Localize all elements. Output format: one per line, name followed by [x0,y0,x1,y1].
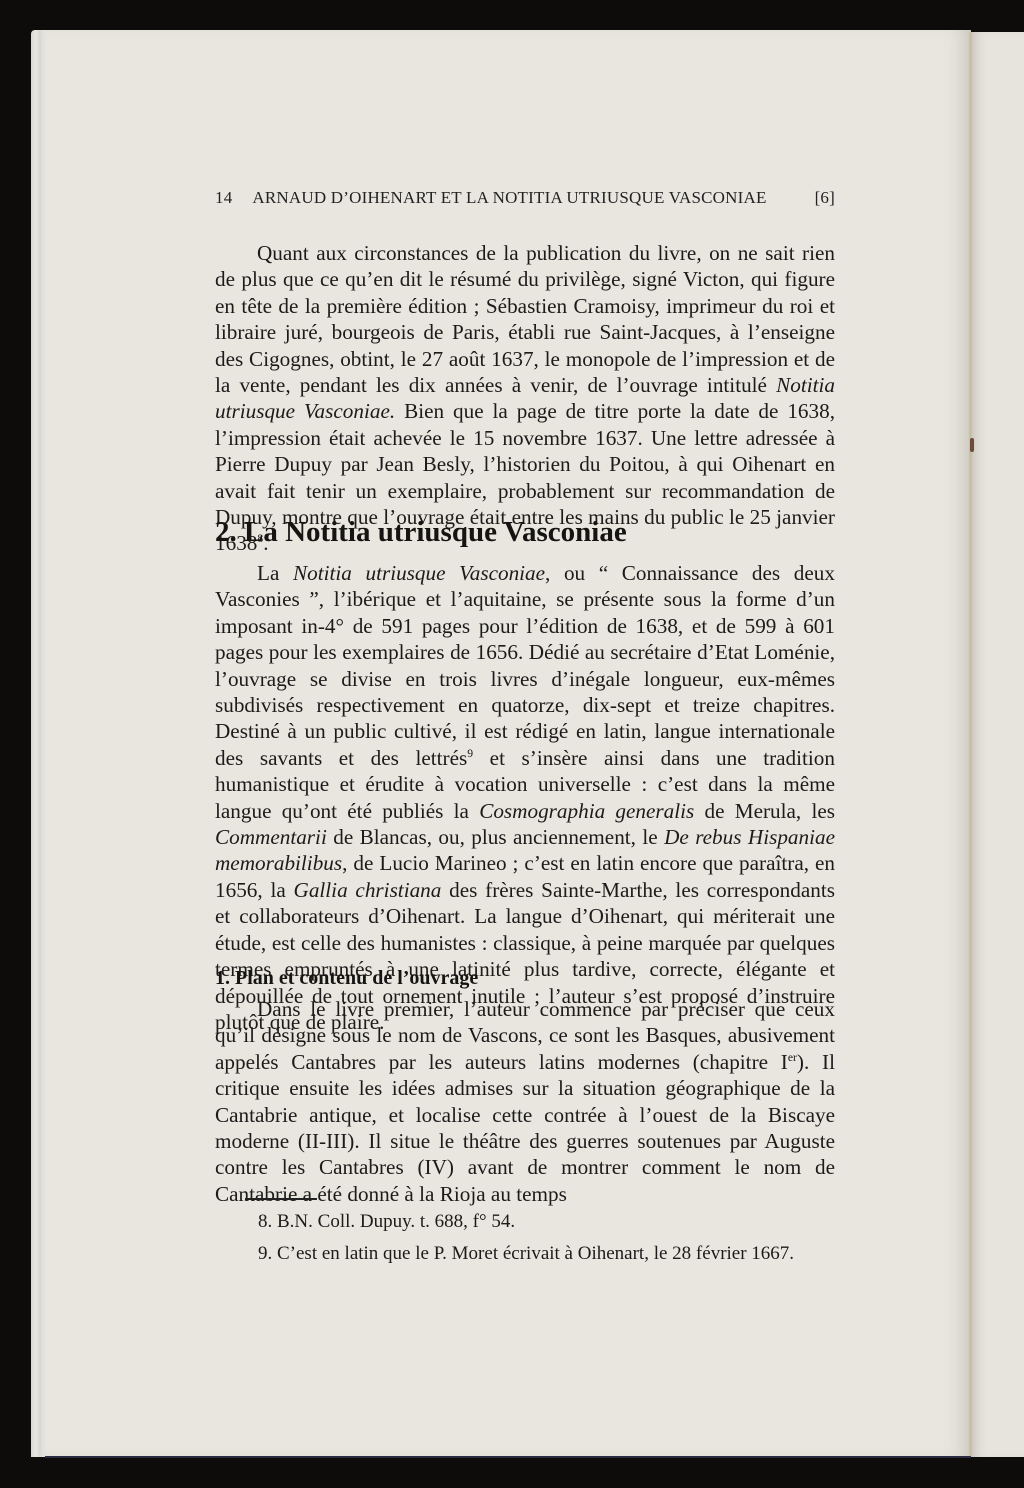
running-head: 14 ARNAUD D’OIHENART ET LA NOTITIA UTRIU… [215,188,835,208]
footnote-divider [245,1198,317,1200]
page-number: 14 [215,188,232,208]
book-spine [969,32,972,1457]
footnote-8: 8. B.N. Coll. Dupuy. t. 688, f° 54. [258,1211,515,1233]
section-heading: 2. La Notitia utriusque Vasconiae [215,516,627,549]
facing-page-edge [972,32,1024,1457]
page-bottom-edge [45,1456,971,1458]
subsection-heading: 1. Plan et contenu de l’ouvrage [215,967,478,990]
running-title: ARNAUD D’OIHENART ET LA NOTITIA UTRIUSQU… [252,188,814,208]
spine-blemish [970,438,974,452]
paragraph-plan: Dans le livre premier, l’auteur commence… [215,996,835,1207]
paragraph-publication: Quant aux circonstances de la publicatio… [215,240,835,557]
paragraph-notitia: La Notitia utriusque Vasconiae, ou “ Con… [215,560,835,1035]
footnote-9: 9. C’est en latin que le P. Moret écriva… [258,1243,794,1265]
section-ref: [6] [815,188,835,208]
